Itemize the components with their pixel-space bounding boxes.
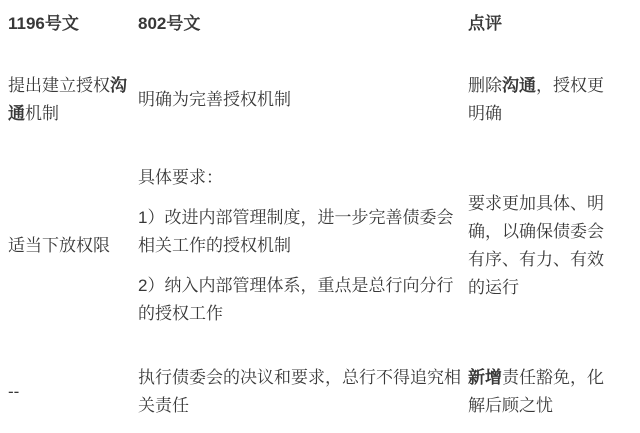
text-segment: 删除 <box>468 76 502 95</box>
cell-text: 明确为完善授权机制 <box>138 86 462 114</box>
header-comment: 点评 <box>468 0 628 54</box>
cell-r1-comment: 删除沟通，授权更明确 <box>468 54 628 146</box>
cell-r2-comment: 要求更加具体、明确，以确保债委会有序、有力、有效的运行 <box>468 146 628 346</box>
cell-text: 适当下放权限 <box>8 232 132 260</box>
cell-text: 1）改进内部管理制度，进一步完善债委会相关工作的授权机制 <box>138 204 462 260</box>
header-row: 1196号文 802号文 点评 <box>8 0 628 54</box>
text-segment: 机制 <box>25 104 59 123</box>
table-body: 提出建立授权沟通机制 明确为完善授权机制 删除沟通，授权更明确 适当下放权限 具… <box>8 54 628 433</box>
table-row-3: -- 执行债委会的决议和要求，总行不得追究相关责任 新增责任豁免，化解后顾之忧 <box>8 346 628 433</box>
cell-text: 删除沟通，授权更明确 <box>468 72 616 128</box>
cell-text: 新增责任豁免，化解后顾之忧 <box>468 364 616 420</box>
cell-text: 执行债委会的决议和要求，总行不得追究相关责任 <box>138 364 462 420</box>
bold-segment: 沟通 <box>502 76 536 95</box>
cell-text: -- <box>8 378 132 406</box>
cell-r2-doc802: 具体要求： 1）改进内部管理制度，进一步完善债委会相关工作的授权机制 2）纳入内… <box>138 146 468 346</box>
table-row-2: 适当下放权限 具体要求： 1）改进内部管理制度，进一步完善债委会相关工作的授权机… <box>8 146 628 346</box>
cell-r1-doc802: 明确为完善授权机制 <box>138 54 468 146</box>
text-segment: 提出建立授权 <box>8 76 110 95</box>
cell-r3-doc802: 执行债委会的决议和要求，总行不得追究相关责任 <box>138 346 468 433</box>
cell-text: 2）纳入内部管理体系，重点是总行向分行的授权工作 <box>138 272 462 328</box>
cell-text: 具体要求： <box>138 164 462 192</box>
header-doc-802: 802号文 <box>138 0 468 54</box>
cell-r3-comment: 新增责任豁免，化解后顾之忧 <box>468 346 628 433</box>
cell-r2-doc1196: 适当下放权限 <box>8 146 138 346</box>
cell-text: 要求更加具体、明确，以确保债委会有序、有力、有效的运行 <box>468 190 616 302</box>
table-header: 1196号文 802号文 点评 <box>8 0 628 54</box>
bold-segment: 新增 <box>468 368 502 387</box>
comparison-table: 1196号文 802号文 点评 提出建立授权沟通机制 明确为完善授权机制 删除沟… <box>8 0 628 433</box>
cell-r1-doc1196: 提出建立授权沟通机制 <box>8 54 138 146</box>
cell-r3-doc1196: -- <box>8 346 138 433</box>
table-row-1: 提出建立授权沟通机制 明确为完善授权机制 删除沟通，授权更明确 <box>8 54 628 146</box>
header-doc-1196: 1196号文 <box>8 0 138 54</box>
cell-text: 提出建立授权沟通机制 <box>8 72 132 128</box>
